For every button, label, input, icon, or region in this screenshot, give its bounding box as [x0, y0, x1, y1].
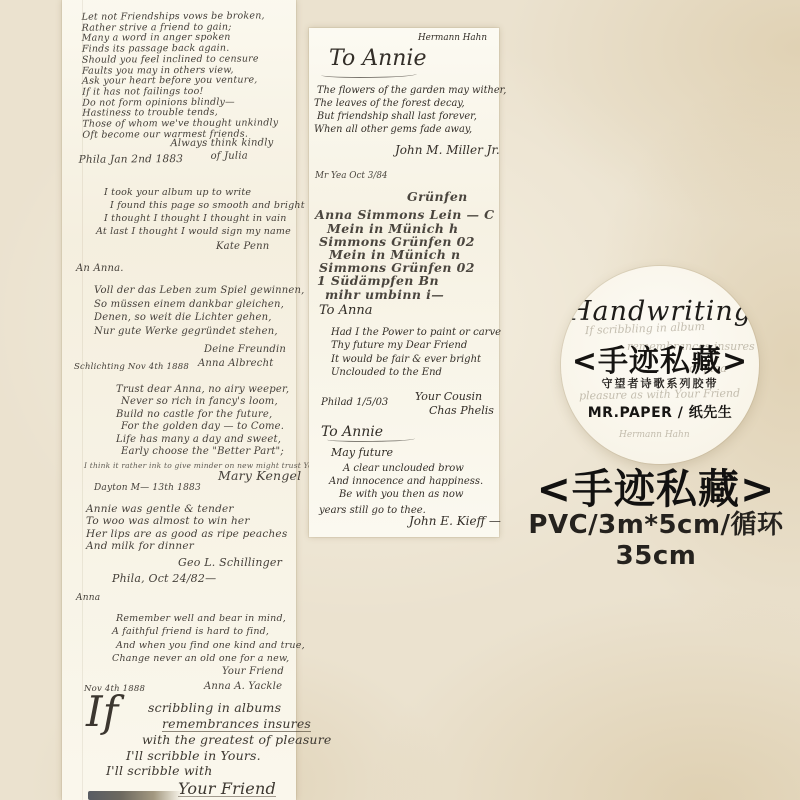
date-line: Phila Jan 2nd 1883 — [79, 154, 184, 165]
badge-script-title: Handwriting — [561, 296, 759, 327]
handwritten-line: 1 Südämpfen Bn — [317, 274, 495, 287]
handwritten-line: Build no castle for the future, — [116, 409, 296, 421]
handwritten-line: When all other gems fade away, — [314, 123, 493, 136]
ghost-script-line: Hermann Hahn — [619, 430, 690, 440]
signature-line: Your Friend — [222, 665, 284, 678]
handwritten-line: A clear unclouded brow — [343, 462, 493, 475]
poem-lines: Had I the Power to paint or carveThy fut… — [331, 326, 493, 379]
date-line: Philad 1/5/03 — [321, 396, 388, 409]
handwritten-line: Unclouded to the End — [331, 366, 493, 379]
handwritten-line: And when you find one kind and true, — [116, 639, 290, 652]
handwritten-line: I took your album up to write — [104, 186, 294, 199]
tape-strip-right: Hermann Hahn To Annie The flowers of the… — [309, 28, 499, 537]
block-header: An Anna. — [76, 262, 286, 275]
signature-name: John M. Miller Jr. — [395, 144, 493, 157]
handwritten-line: Thy future my Dear Friend — [331, 339, 493, 352]
handwritten-line: It would be fair & ever bright — [331, 353, 493, 366]
poem-lines: The flowers of the garden may wither,The… — [317, 84, 493, 136]
signature-name: Geo L. Schillinger — [178, 557, 282, 569]
signature-name: Kate Penn — [216, 240, 269, 253]
handwritten-line: with the greatest of pleasure — [142, 732, 294, 748]
handwritten-line: remembrances insures — [162, 716, 311, 733]
handwritten-line: Her lips are as good as ripe peaches — [86, 528, 286, 540]
poem-lines: A clear unclouded browAnd innocence and … — [343, 462, 493, 501]
poem-lines: Remember well and bear in mind,A faithfu… — [112, 612, 290, 665]
handwritten-line: I thought I thought I thought in vain — [104, 212, 294, 225]
date-line: Dayton M— 13th 1883 — [94, 482, 201, 494]
block-subheader: May future — [331, 446, 493, 459]
handwritten-line: Mein in Münich h — [327, 222, 495, 235]
handwritten-line: Nur gute Werke gegründet stehen, — [94, 325, 286, 338]
poem-lines: Trust dear Anna, no airy weeper,Never so… — [116, 384, 296, 458]
handwritten-line: Life has many a day and sweet, — [116, 434, 296, 446]
date-line: Schlichting Nov 4th 1888 — [74, 361, 189, 374]
handwritten-line: To woo was almost to win her — [86, 515, 286, 527]
handwriting-block-german-scrawl: Mr Yea Oct 3/84 Grünfen Anna Simmons Lei… — [315, 170, 495, 301]
signature-name: Chas Phelis — [429, 404, 494, 417]
block-header: To Annie — [329, 47, 493, 71]
product-spec: PVC/3m*5cm/循环35cm — [513, 504, 799, 571]
handwritten-line: Remember well and bear in mind, — [116, 612, 290, 625]
handwritten-line: Voll der das Leben zum Spiel gewinnen, — [94, 284, 286, 297]
signature-name: John E. Kieff — — [409, 515, 493, 528]
handwritten-line: So müssen einem dankbar gleichen, — [94, 298, 286, 311]
signature-line: Deine Freundin — [204, 343, 286, 356]
handwritten-line: I'll scribble with — [106, 763, 294, 779]
brand-badge: If scribbling in album remembrances insu… — [561, 266, 759, 464]
product-photo: Let not Friendships vows be broken,Rathe… — [0, 0, 800, 800]
badge-subtitle: 守望者诗歌系列胶带 — [561, 375, 759, 391]
handwritten-line: mihr umbinn i— — [325, 288, 495, 301]
handwriting-block-to-annie-flowers: Hermann Hahn To Annie The flowers of the… — [317, 32, 493, 157]
handwriting-block-trust-verse: Trust dear Anna, no airy weeper,Never so… — [116, 384, 296, 458]
handwritten-line: scribbling in albums — [148, 700, 294, 716]
block-header: To Anna — [319, 304, 493, 317]
handwritten-line: For the golden day — to Come. — [121, 421, 296, 433]
date-line: Phila, Oct 24/82— — [112, 573, 216, 585]
handwritten-line: Denen, so weit die Lichter gehen, — [94, 311, 286, 324]
handwritten-line: Early choose the "Better Part"; — [121, 446, 296, 458]
poem-lines: Voll der das Leben zum Spiel gewinnen,So… — [94, 284, 286, 338]
handwriting-block-scribble-flourish: If scribbling in albumsremembrances insu… — [86, 694, 294, 797]
handwriting-block-german-verse: An Anna. Voll der das Leben zum Spiel ge… — [76, 262, 286, 338]
handwriting-block-album-verse: I took your album up to writeI found thi… — [104, 186, 294, 238]
handwritten-line: And innocence and happiness. — [329, 475, 493, 488]
handwritten-line: The flowers of the garden may wither, — [317, 84, 493, 97]
handwritten-line: A faithful friend is hard to find, — [112, 625, 290, 638]
scrawl-lead: Grünfen — [407, 190, 495, 203]
signature-name: Mary Kengel — [218, 470, 301, 482]
handwritten-line: Annie was gentle & tender — [86, 503, 286, 515]
handwritten-line: The leaves of the forest decay, — [314, 97, 493, 110]
corner-name: Hermann Hahn — [317, 32, 493, 45]
poem-lines: I took your album up to writeI found thi… — [104, 186, 294, 238]
handwritten-line: And milk for dinner — [86, 540, 286, 552]
handwritten-line: Never so rich in fancy's loom, — [121, 396, 296, 408]
handwritten-line: Be with you then as now — [339, 488, 493, 501]
badge-brand-name: MR.PAPER / 纸先生 — [561, 402, 759, 422]
handwritten-line: I'll scribble in Yours. — [126, 748, 294, 764]
tape-edge-smudge — [88, 791, 182, 800]
scrawl-lines: Anna Simmons Lein — CMein in Münich hSim… — [315, 208, 495, 300]
handwritten-line: Had I the Power to paint or carve — [331, 326, 493, 339]
tape-strip-left: Let not Friendships vows be broken,Rathe… — [62, 0, 296, 800]
signature-line: Your Cousin — [415, 390, 482, 403]
signature-name: of Julia — [211, 152, 248, 163]
handwriting-block-friendship-poem: Let not Friendships vows be broken,Rathe… — [82, 11, 289, 141]
block-header: Anna — [76, 592, 290, 605]
poem-lines: Let not Friendships vows be broken,Rathe… — [82, 11, 289, 141]
flourish-initial: If — [86, 692, 119, 732]
handwriting-block-annie-verse: Annie was gentle & tenderTo woo was almo… — [86, 503, 286, 552]
handwritten-line: At last I thought I would sign my name — [96, 225, 294, 238]
badge-series-title: <手迹私藏> — [561, 336, 759, 380]
signature-line: Your Friend — [178, 781, 276, 798]
poem-lines: Annie was gentle & tenderTo woo was almo… — [86, 503, 286, 552]
signature-name: Anna Albrecht — [198, 357, 273, 370]
handwritten-line: But friendship shall last forever, — [317, 110, 493, 123]
handwritten-line: Trust dear Anna, no airy weeper, — [116, 384, 296, 396]
signature-name: Anna A. Yackle — [204, 680, 282, 693]
signature-line: Always think kindly — [170, 138, 273, 149]
flourish-line — [321, 71, 417, 78]
handwritten-line: I found this page so smooth and bright — [110, 199, 294, 212]
handwriting-block-remember-verse: Anna Remember well and bear in mind,A fa… — [90, 592, 290, 665]
handwriting-block-to-annie-future: To Annie May future A clear unclouded br… — [317, 426, 493, 528]
handwritten-line: Change never an old one for a new, — [112, 652, 290, 665]
handwritten-line: Anna Simmons Lein — C — [315, 208, 495, 221]
date-line: Mr Yea Oct 3/84 — [315, 170, 495, 183]
handwriting-block-to-anna-power: To Anna Had I the Power to paint or carv… — [317, 304, 493, 379]
